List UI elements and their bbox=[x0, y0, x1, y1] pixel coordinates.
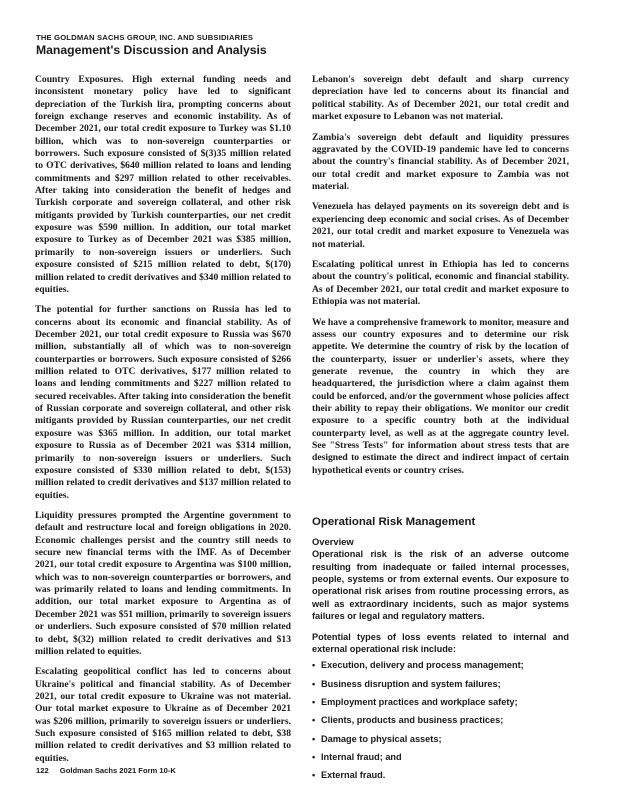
list-item: •Execution, delivery and process managem… bbox=[312, 659, 569, 671]
paragraph-venezuela: Venezuela has delayed payments on its so… bbox=[312, 201, 569, 250]
footer-label: Goldman Sachs 2021 Form 10-K bbox=[60, 766, 176, 775]
paragraph-lebanon: Lebanon's sovereign debt default and sha… bbox=[312, 74, 569, 123]
list-item: •Internal fraud; and bbox=[312, 751, 569, 763]
list-item: •Clients, products and business practice… bbox=[312, 714, 569, 726]
page-header: THE GOLDMAN SACHS GROUP, INC. AND SUBSID… bbox=[36, 33, 576, 57]
bullet-icon: • bbox=[312, 751, 315, 763]
right-column: Lebanon's sovereign debt default and sha… bbox=[312, 74, 569, 788]
paragraph-argentina: Liquidity pressures prompted the Argenti… bbox=[35, 510, 291, 658]
overview-subheading: Overview bbox=[312, 536, 569, 548]
paragraph-ukraine: Escalating geopolitical conflict has led… bbox=[35, 666, 291, 765]
bullet-icon: • bbox=[312, 696, 315, 708]
loss-events-intro: Potential types of loss events related t… bbox=[312, 631, 569, 656]
loss-event-list: •Execution, delivery and process managem… bbox=[312, 659, 569, 781]
operational-risk-heading: Operational Risk Management bbox=[312, 515, 569, 529]
list-item: •Business disruption and system failures… bbox=[312, 678, 569, 690]
page-number: 122 bbox=[36, 766, 49, 775]
paragraph-ethiopia: Escalating political unrest in Ethiopia … bbox=[312, 259, 569, 308]
paragraph-turkey: Country Exposures. High external funding… bbox=[35, 74, 291, 296]
overview-paragraph: Operational risk is the risk of an adver… bbox=[312, 548, 569, 622]
left-column: Country Exposures. High external funding… bbox=[35, 74, 291, 773]
section-title: Management's Discussion and Analysis bbox=[36, 43, 576, 57]
list-item: •Damage to physical assets; bbox=[312, 733, 569, 745]
bullet-icon: • bbox=[312, 733, 315, 745]
bullet-icon: • bbox=[312, 659, 315, 671]
bullet-icon: • bbox=[312, 769, 315, 781]
paragraph-zambia: Zambia's sovereign debt default and liqu… bbox=[312, 132, 569, 194]
company-name: THE GOLDMAN SACHS GROUP, INC. AND SUBSID… bbox=[36, 33, 576, 42]
bullet-icon: • bbox=[312, 678, 315, 690]
bullet-icon: • bbox=[312, 714, 315, 726]
list-item: •External fraud. bbox=[312, 769, 569, 781]
paragraph-russia: The potential for further sanctions on R… bbox=[35, 304, 291, 502]
paragraph-country-framework: We have a comprehensive framework to mon… bbox=[312, 317, 569, 477]
page-footer: 122 Goldman Sachs 2021 Form 10-K bbox=[36, 766, 176, 776]
list-item: •Employment practices and workplace safe… bbox=[312, 696, 569, 708]
